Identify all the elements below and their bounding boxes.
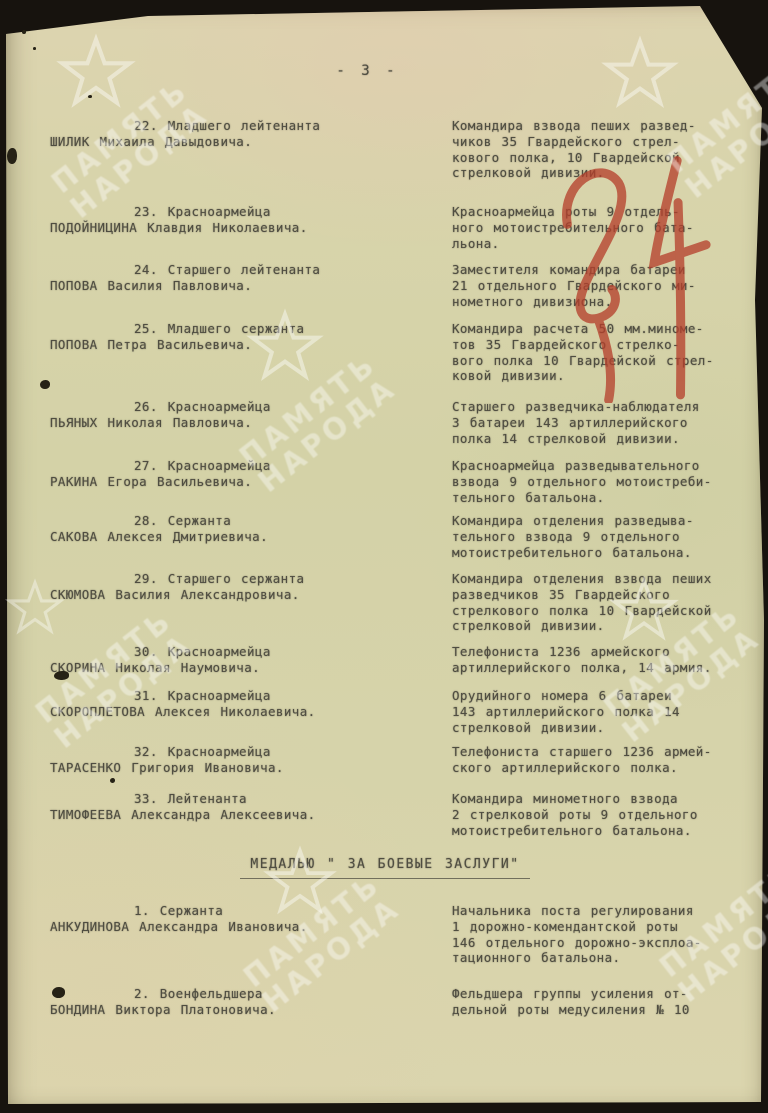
entry-number: 23. [134,204,158,219]
entry-description: Командира отделения разведыва- тельного … [452,513,764,560]
entry-rank: Военфельдшера [160,986,263,1001]
entry-name: САКОВА Алексея Дмитриевича. [50,529,410,545]
entry-number: 24. [134,262,158,277]
entry-description: Командира отделения взвода пеших разведч… [452,571,764,634]
ink-spot [33,47,36,50]
entry-rank: Красноармейца [168,399,271,414]
entry-rank: Лейтенанта [168,791,247,806]
section-title: МЕДАЛЬЮ " ЗА БОЕВЫЕ ЗАСЛУГИ" [240,857,530,879]
entry-rank: Старшего сержанта [168,571,305,586]
entry-number: 27. [134,458,158,473]
entry-description: Красноармейца разведывательного взвода 9… [452,458,764,505]
entry-rank: Младшего лейтенанта [168,118,321,133]
entry-description: Фельдшера группы усиления от- дельной ро… [452,986,764,1018]
entry-name: СКЮМОВА Василия Александровича. [50,587,410,603]
entry-number: 2. [134,986,150,1001]
ink-spot [40,380,50,389]
entry-rank: Красноармейца [168,688,271,703]
entry-number: 1. [134,903,150,918]
ink-spot [54,671,69,680]
entry-name: БОНДИНА Виктора Платоновича. [50,1002,410,1018]
entry-number: 33. [134,791,158,806]
entry-description: Телефониста старшего 1236 армей- ского а… [452,744,764,776]
red-pencil-mark: 24 [545,148,720,407]
entry-rank: Старшего лейтенанта [168,262,321,277]
entry-rank: Младшего сержанта [168,321,305,336]
entry-description: Начальника поста регулирования 1 дорожно… [452,903,764,966]
entry-number: 31. [134,688,158,703]
entry-description: Телефониста 1236 армейского артиллерийск… [452,644,764,676]
entry-number: 29. [134,571,158,586]
entry-name: ШИЛИК Михаила Давыдовича. [50,134,410,150]
entry-name: СКОРИНА Николая Наумовича. [50,660,410,676]
entry-description: Командира минометного взвода 2 стрелково… [452,791,764,838]
entry-name: СКОРОПЛЕТОВА Алексея Николаевича. [50,704,410,720]
entry-name: ПЬЯНЫХ Николая Павловича. [50,415,410,431]
ink-spot [88,95,92,98]
entry-description: Орудийного номера 6 батареи 143 артиллер… [452,688,764,735]
entry-rank: Красноармейца [168,644,271,659]
entry-number: 32. [134,744,158,759]
red-pencil-strokes [545,148,720,403]
entry-number: 22. [134,118,158,133]
entry-name: АНКУДИНОВА Александра Ивановича. [50,919,410,935]
entry-name: ТИМОФЕЕВА Александра Алексеевича. [50,807,410,823]
entry-name: ПОДОЙНИЦИНА Клавдия Николаевича. [50,220,410,236]
entry-number: 28. [134,513,158,528]
punch-hole [52,987,65,998]
page-number: - 3 - [322,64,412,80]
entry-name: ПОПОВА Петра Васильевича. [50,337,410,353]
ink-spot [22,30,26,34]
entry-rank: Сержанта [168,513,231,528]
ink-spot [110,778,115,783]
ink-spot [7,148,17,164]
entry-rank: Красноармейца [168,458,271,473]
entry-number: 30. [134,644,158,659]
entry-name: ПОПОВА Василия Павловича. [50,278,410,294]
entry-name: РАКИНА Егора Васильевича. [50,474,410,490]
entry-rank: Сержанта [160,903,223,918]
entry-number: 25. [134,321,158,336]
entry-name: ТАРАСЕНКО Григория Ивановича. [50,760,410,776]
entry-number: 26. [134,399,158,414]
entry-rank: Красноармейца [168,744,271,759]
entry-rank: Красноармейца [168,204,271,219]
